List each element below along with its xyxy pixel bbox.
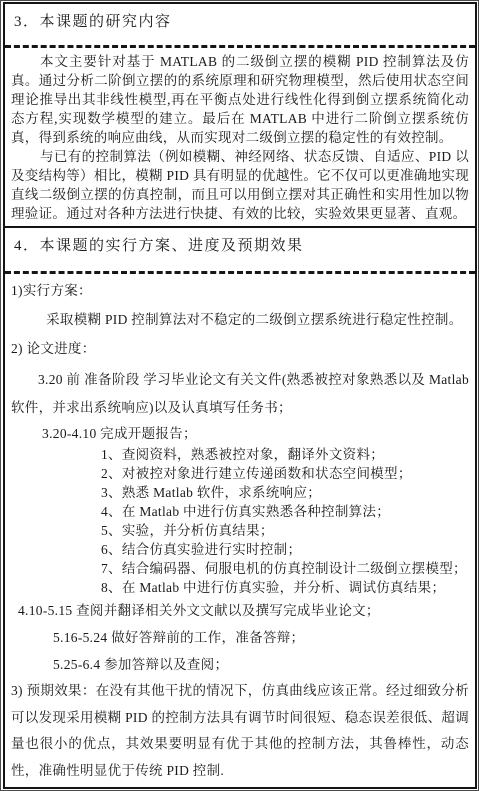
progress-stage-defense-prep: 5.16-5.24 做好答辩前的工作，准备答辩； bbox=[53, 628, 469, 647]
section-3-paragraph-2: 与已有的控制算法（例如模糊、神经网络、状态反馈、自适应、PID 以及变结构等）相… bbox=[11, 147, 469, 223]
section-4-title: 4．本课题的实行方案、进度及预期效果 bbox=[5, 228, 475, 256]
task-item: 4、在 Matlab 中进行仿真实熟悉各种控制算法； bbox=[101, 502, 469, 521]
task-item: 2、对被控对象进行建立传递函数和状态空间模型； bbox=[101, 464, 469, 483]
progress-stage-thesis: 4.10-5.15 查阅并翻译相关外文文献以及撰写完成毕业论文； bbox=[18, 601, 469, 620]
section-3-research-content: 3．本课题的研究内容 本文主要针对基于 MATLAB 的二级倒立摆的模糊 PID… bbox=[3, 2, 477, 228]
progress-stage-defense: 5.25-6.4 参加答辩以及查阅； bbox=[53, 655, 469, 674]
section-3-paragraph-1: 本文主要针对基于 MATLAB 的二级倒立摆的模糊 PID 控制算法及仿真。通过… bbox=[11, 52, 469, 147]
task-item: 7、结合编码器、伺服电机的仿真控制设计二级倒立摆模型； bbox=[101, 559, 469, 578]
progress-stage-report: 3.20-4.10 完成开题报告； bbox=[11, 424, 469, 443]
dashed-separator bbox=[5, 271, 475, 274]
task-item: 1、查阅资料，熟悉被控对象，翻译外文资料； bbox=[101, 445, 469, 464]
section-3-title: 3．本课题的研究内容 bbox=[5, 4, 475, 32]
document-page: 3．本课题的研究内容 本文主要针对基于 MATLAB 的二级倒立摆的模糊 PID… bbox=[0, 0, 479, 791]
report-task-list: 1、查阅资料，熟悉被控对象，翻译外文资料； 2、对被控对象进行建立传递函数和状态… bbox=[101, 445, 469, 597]
task-item: 5、实验，并分析仿真结果； bbox=[101, 521, 469, 540]
task-item: 6、结合仿真实验进行实时控制； bbox=[101, 540, 469, 559]
progress-stage-prepare: 3.20 前 准备阶段 学习毕业论文有关文件(熟悉被控对象熟悉以及 Matlab… bbox=[11, 366, 469, 422]
task-item: 3、熟悉 Matlab 软件，求系统响应； bbox=[101, 483, 469, 502]
expected-result-paragraph: 3) 预期效果：在没有其他干扰的情况下，仿真曲线应该正常。经过细致分析可以发现采… bbox=[11, 678, 469, 784]
progress-label: 2) 论文进度： bbox=[11, 339, 469, 358]
section-4-plan-schedule: 4．本课题的实行方案、进度及预期效果 1)实行方案： 采取模糊 PID 控制算法… bbox=[3, 228, 477, 789]
plan-label: 1)实行方案： bbox=[11, 281, 469, 300]
plan-text: 采取模糊 PID 控制算法对不稳定的二级倒立摆系统进行稳定性控制。 bbox=[11, 310, 469, 329]
task-item: 8、在 Matlab 中进行仿真实验，并分析、调试仿真结果； bbox=[101, 578, 469, 597]
dashed-separator bbox=[5, 45, 475, 48]
